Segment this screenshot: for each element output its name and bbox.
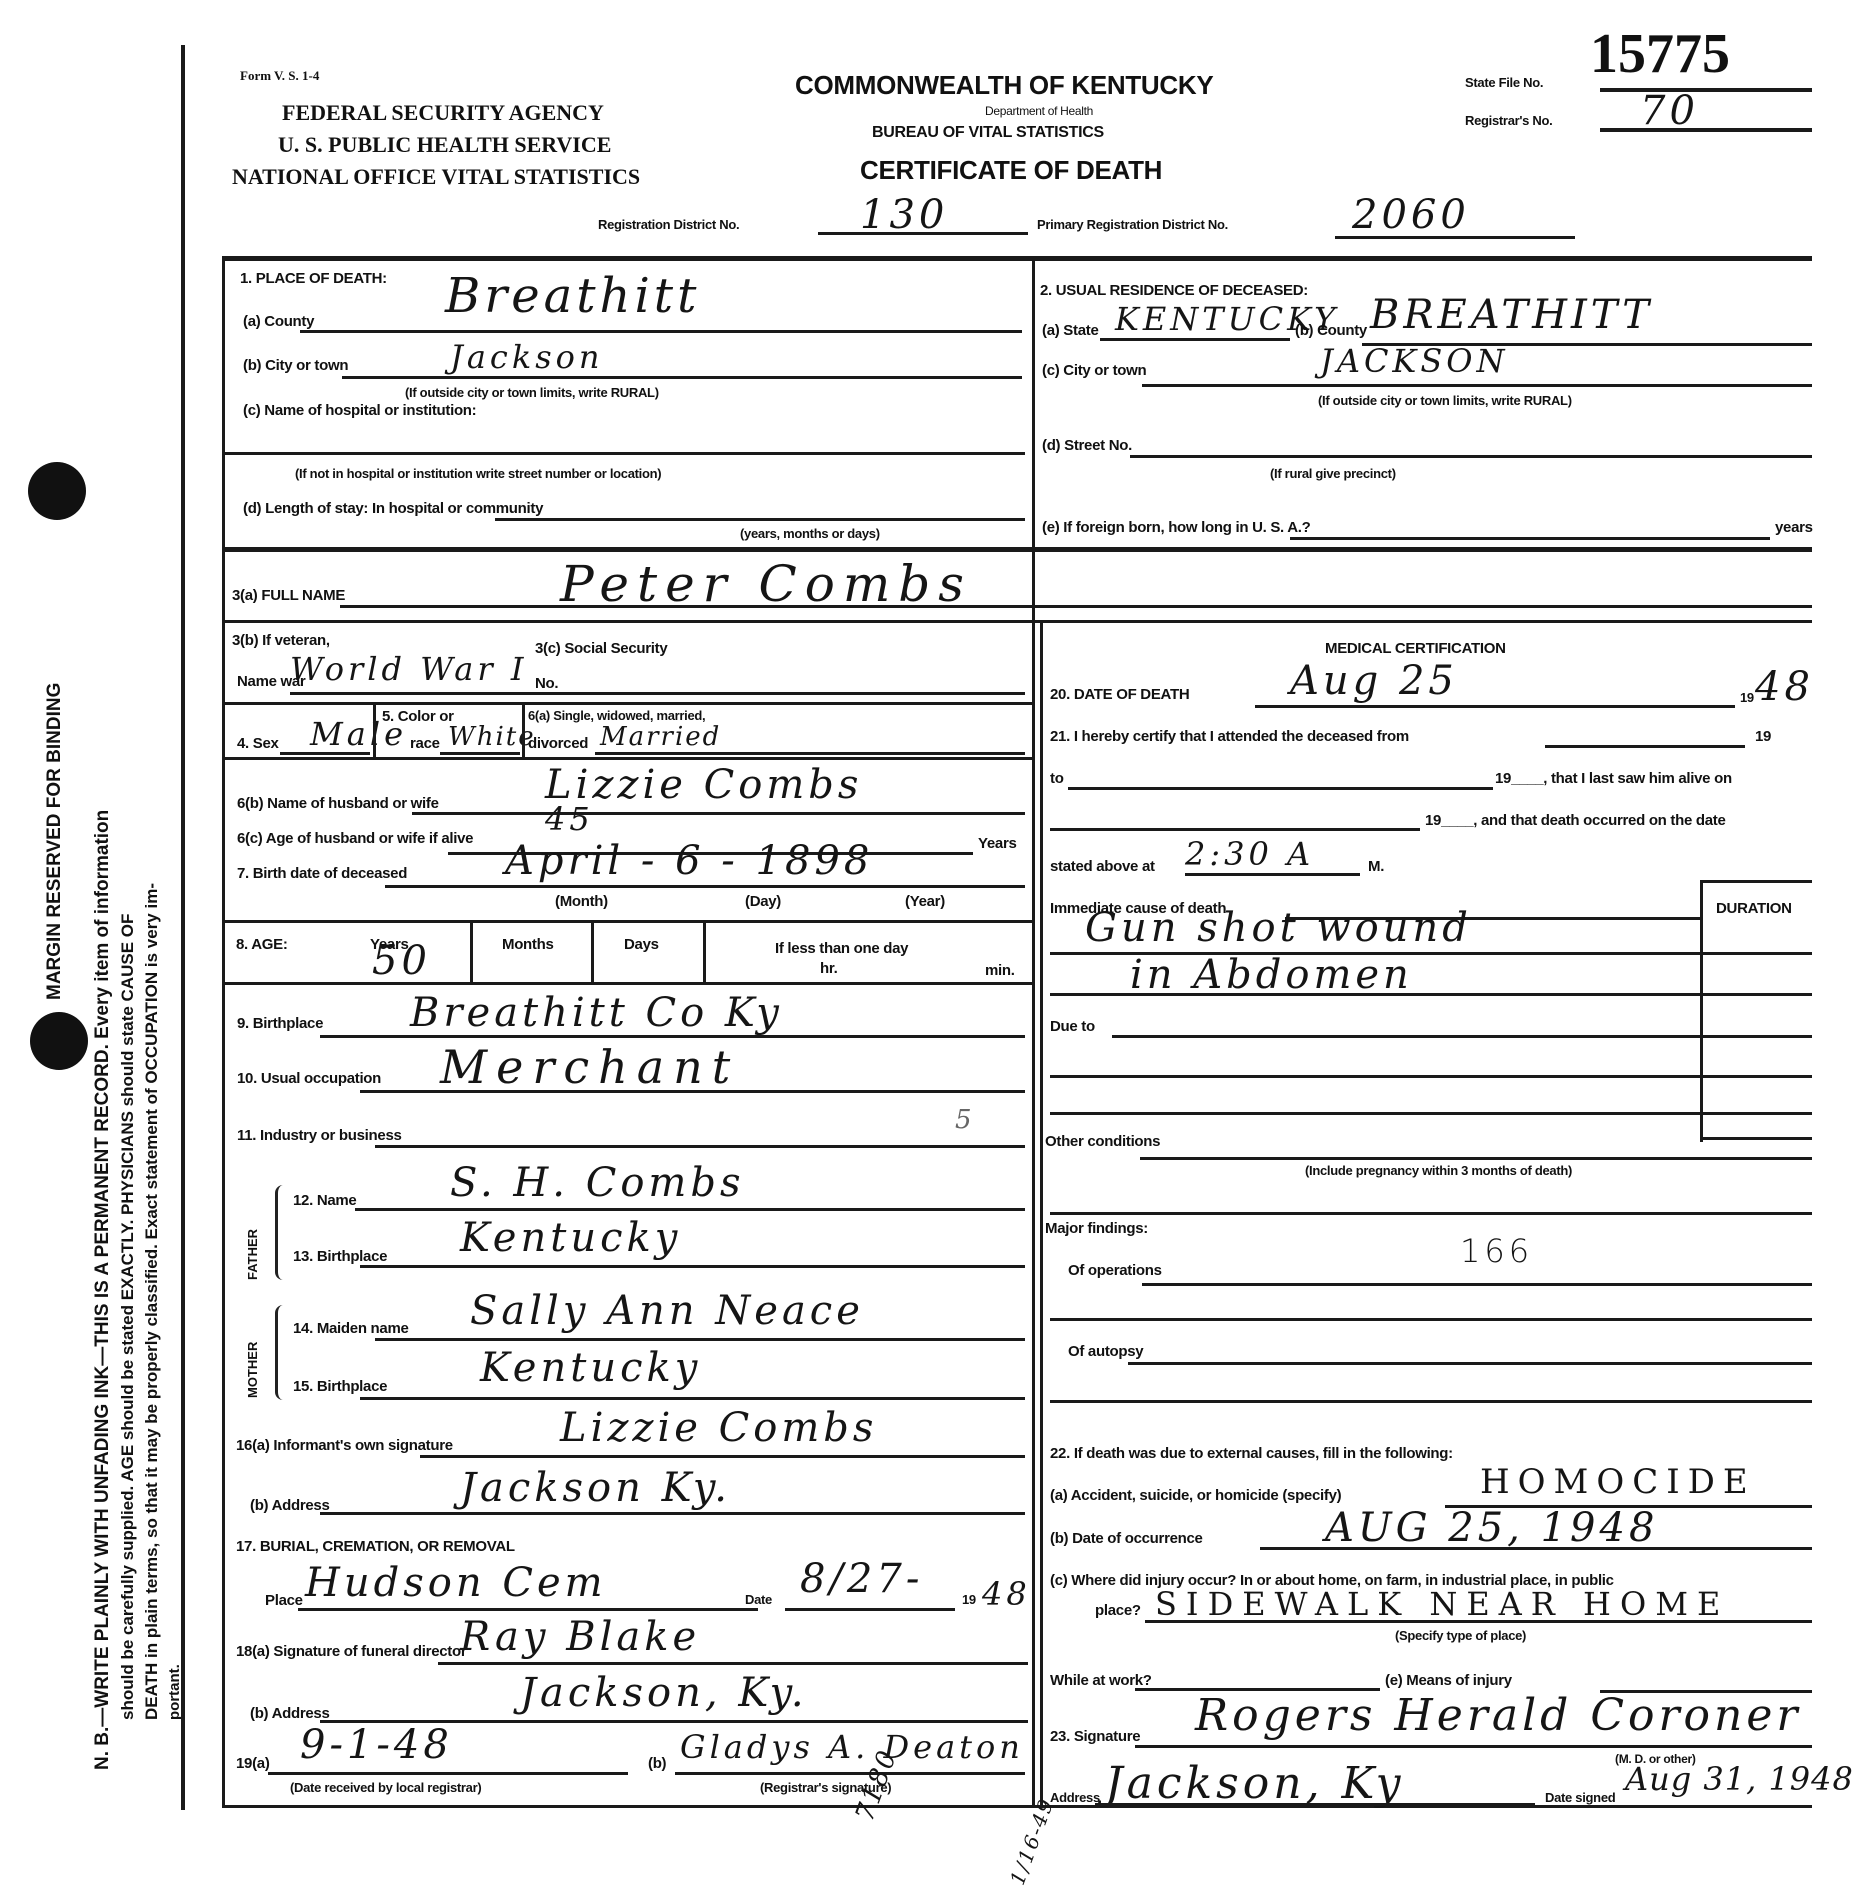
certificate-title: CERTIFICATE OF DEATH <box>860 155 1162 186</box>
father-tag: FATHER <box>245 1229 260 1280</box>
industry-label: 11. Industry or business <box>237 1127 402 1144</box>
ss-line <box>560 692 1025 695</box>
certifier-date-line <box>1625 1805 1812 1808</box>
director-line <box>438 1662 1028 1665</box>
industry-mark: 5 <box>955 1105 974 1135</box>
age-years-divider <box>470 920 473 982</box>
column-divider <box>1032 260 1035 1805</box>
birth-date-value: April - 6 - 1898 <box>505 838 873 884</box>
form-bottom-rule <box>222 1805 1812 1808</box>
director-address-value: Jackson, Ky. <box>520 1670 808 1716</box>
mother-birthplace-label: 15. Birthplace <box>293 1378 387 1395</box>
due-to-label: Due to <box>1050 1018 1095 1035</box>
residence-city-value: JACKSON <box>1320 342 1508 380</box>
city-hint: (If outside city or town limits, write R… <box>405 385 659 400</box>
residence-county-label: (b) County <box>1295 322 1367 339</box>
ss-label: 3(c) Social Security <box>535 640 667 657</box>
registrar-line <box>1600 128 1812 132</box>
operations-line-2 <box>1050 1318 1812 1321</box>
spouse-age-unit: Years <box>978 835 1017 852</box>
bottom-annotation-2: 1/16-49 <box>1005 1794 1059 1888</box>
birth-date-label: 7. Birth date of deceased <box>237 865 407 882</box>
certifier-signature-value: Rogers Herald Coroner <box>1195 1690 1801 1741</box>
certify-to-label: to <box>1050 770 1064 787</box>
marital-label-2: divorced <box>528 735 588 752</box>
burial-label: 17. BURIAL, CREMATION, OR REMOVAL <box>236 1538 515 1555</box>
marital-label-1: 6(a) Single, widowed, married, <box>528 708 705 723</box>
primary-district-number: 2060 <box>1352 192 1470 238</box>
residence-city-hint: (If outside city or town limits, write R… <box>1318 393 1572 408</box>
director-value: Ray Blake <box>460 1614 700 1660</box>
hospital-line <box>225 452 1025 455</box>
occurrence-date-line <box>1260 1547 1812 1550</box>
occurrence-date-value: AUG 25, 1948 <box>1325 1505 1658 1551</box>
birthplace-label: 9. Birthplace <box>237 1015 323 1032</box>
external-label: 22. If death was due to external causes,… <box>1050 1445 1453 1462</box>
city-value: Jackson <box>450 338 604 376</box>
birth-date-line <box>385 885 1025 888</box>
registrar-signature-label: (b) <box>648 1755 666 1772</box>
father-birthplace-value: Kentucky <box>460 1215 681 1261</box>
city-line <box>342 376 1022 379</box>
race-divider <box>522 702 525 757</box>
other-conditions-label: Other conditions <box>1045 1133 1160 1150</box>
industry-line <box>375 1145 1025 1148</box>
operations-line <box>1142 1283 1812 1286</box>
other-conditions-line <box>1140 1157 1812 1160</box>
registrar-signature-line <box>675 1772 1025 1775</box>
race-label-2: race <box>410 735 440 752</box>
occurrence-date-label: (b) Date of occurrence <box>1050 1530 1203 1547</box>
margin-nb-line2: should be carefully supplied. AGE should… <box>118 914 138 1720</box>
mother-name-value: Sally Ann Neace <box>470 1288 864 1334</box>
binding-hole-top <box>28 462 86 520</box>
foreign-label: (e) If foreign born, how long in U. S. A… <box>1042 519 1310 536</box>
duration-box-bottom <box>1700 1137 1812 1140</box>
form-left-border <box>181 45 185 1810</box>
row-8-bottom <box>222 982 1032 985</box>
immediate-cause-line-3 <box>1050 993 1812 996</box>
time-unit: M. <box>1368 858 1384 875</box>
registrar-received-hint: (Date received by local registrar) <box>290 1780 481 1795</box>
registrar-signature-value: Gladys A. Deaton <box>680 1728 1024 1766</box>
certifier-address-value: Jackson, Ky <box>1105 1758 1404 1809</box>
agency-line-1: FEDERAL SECURITY AGENCY <box>282 100 604 126</box>
autopsy-label: Of autopsy <box>1068 1343 1143 1360</box>
mother-birthplace-line <box>360 1397 1025 1400</box>
autopsy-line <box>1128 1362 1812 1365</box>
burial-place-value: Hudson Cem <box>305 1560 607 1606</box>
birth-day-hint: (Day) <box>745 893 781 910</box>
father-birthplace-line <box>360 1265 1025 1268</box>
other-conditions-line-2 <box>1050 1212 1812 1215</box>
foreign-unit: years <box>1775 519 1813 536</box>
age-months-label: Months <box>502 936 554 953</box>
informant-signature-label: 16(a) Informant's own signature <box>236 1437 453 1454</box>
certify-line-2: 19____, that I last saw him alive on <box>1495 770 1732 787</box>
where-line <box>1145 1620 1812 1623</box>
margin-nb-line1: N. B.—WRITE PLAINLY WITH UNFADING INK—TH… <box>92 810 114 1770</box>
burial-date-value: 8/27- <box>800 1556 923 1602</box>
father-birthplace-label: 13. Birthplace <box>293 1248 387 1265</box>
state-title: COMMONWEALTH OF KENTUCKY <box>795 70 1213 101</box>
hr-label: hr. <box>820 960 837 977</box>
informant-address-label: (b) Address <box>250 1497 330 1514</box>
due-to-line-1 <box>1112 1035 1812 1038</box>
section-1-bottom <box>222 547 1812 552</box>
street-hint: (If rural give precinct) <box>1270 466 1396 481</box>
marital-line <box>595 752 1025 755</box>
father-name-line <box>355 1208 1025 1211</box>
date-of-death-value: Aug 25 <box>1290 658 1458 704</box>
father-name-label: 12. Name <box>293 1192 356 1209</box>
full-name-bottom <box>222 620 1812 623</box>
informant-address-line <box>320 1512 1025 1515</box>
manner-value: HOMOCIDE <box>1480 1462 1756 1502</box>
age-days-label: Days <box>624 936 659 953</box>
mother-birthplace-value: Kentucky <box>480 1345 701 1391</box>
full-name-label: 3(a) FULL NAME <box>232 587 345 604</box>
other-conditions-hint: (Include pregnancy within 3 months of de… <box>1305 1163 1572 1178</box>
form-left-inner-border <box>222 260 225 1805</box>
burial-date-line <box>785 1608 955 1611</box>
residence-city-line <box>1142 384 1812 387</box>
county-line <box>300 330 1022 333</box>
certify-line-3: 19____, and that death occurred on the d… <box>1425 812 1726 829</box>
mother-bracket <box>275 1305 286 1400</box>
header-bottom-rule <box>222 256 1812 261</box>
duration-label: DURATION <box>1716 900 1792 917</box>
date-of-death-year-prefix: 19 <box>1740 690 1754 705</box>
due-to-line-3 <box>1050 1112 1812 1115</box>
duration-box-left <box>1700 880 1703 1142</box>
spouse-age-value: 45 <box>545 800 594 838</box>
bureau: BUREAU OF VITAL STATISTICS <box>872 124 1104 142</box>
primary-district-label: Primary Registration District No. <box>1037 217 1228 232</box>
less-than-day-label: If less than one day <box>775 940 908 957</box>
registrar-received-value: 9-1-48 <box>300 1722 453 1768</box>
birthplace-value: Breathitt Co Ky <box>410 990 783 1036</box>
stay-hint: (years, months or days) <box>740 526 880 541</box>
war-value: World War I <box>290 650 527 688</box>
spouse-age-label: 6(c) Age of husband or wife if alive <box>237 830 473 847</box>
agency-line-2: U. S. PUBLIC HEALTH SERVICE <box>278 132 611 158</box>
hospital-hint: (If not in hospital or institution write… <box>295 466 661 481</box>
residence-state-line <box>1100 338 1290 341</box>
birthplace-line <box>320 1035 1025 1038</box>
full-name-line <box>340 605 1812 608</box>
margin-nb-line3: DEATH in plain terms, so that it may be … <box>142 883 162 1720</box>
date-of-death-line <box>1255 705 1735 708</box>
operations-label: Of operations <box>1068 1262 1162 1279</box>
registrar-received-line <box>268 1772 628 1775</box>
stay-label: (d) Length of stay: In hospital or commu… <box>243 500 543 517</box>
immediate-cause-2: in Abdomen <box>1130 952 1413 998</box>
row-4-top <box>222 702 1032 705</box>
where-hint: (Specify type of place) <box>1395 1628 1526 1643</box>
informant-signature-value: Lizzie Combs <box>560 1405 877 1451</box>
burial-year-prefix: 19 <box>962 1592 976 1607</box>
street-line <box>1130 455 1812 458</box>
spouse-line <box>412 812 1025 815</box>
sex-label: 4. Sex <box>237 735 279 752</box>
major-findings-label: Major findings: <box>1045 1220 1148 1237</box>
burial-date-label: Date <box>745 1592 772 1607</box>
certify-from-line <box>1545 745 1745 748</box>
where-label-2: place? <box>1095 1602 1141 1619</box>
certify-last-seen-line <box>1050 828 1420 831</box>
primary-district-line <box>1335 236 1575 239</box>
informant-address-value: Jackson Ky. <box>460 1465 731 1511</box>
at-work-label: While at work? <box>1050 1672 1152 1689</box>
certify-19a: 19 <box>1755 728 1771 745</box>
director-label: 18(a) Signature of funeral director <box>236 1643 466 1660</box>
age-label: 8. AGE: <box>236 936 288 953</box>
operations-mark: 166 <box>1460 1232 1533 1270</box>
county-value: Breathitt <box>445 268 700 324</box>
due-to-line-2 <box>1050 1075 1812 1078</box>
burial-place-label: Place <box>265 1592 303 1609</box>
medical-title: MEDICAL CERTIFICATION <box>1325 640 1506 657</box>
immediate-cause-1: Gun shot wound <box>1085 905 1472 951</box>
residence-city-label: (c) City or town <box>1042 362 1146 379</box>
residence-state-label: (a) State <box>1042 322 1098 339</box>
marital-value: Married <box>600 722 721 752</box>
certifier-signature-line <box>1135 1745 1812 1748</box>
sex-line <box>280 752 370 755</box>
race-line <box>440 752 520 755</box>
ss-no-label: No. <box>535 675 558 692</box>
veteran-label: 3(b) If veteran, <box>232 632 330 649</box>
birth-month-hint: (Month) <box>555 893 608 910</box>
certifier-address-line <box>1095 1803 1535 1806</box>
father-name-value: S. H. Combs <box>450 1160 744 1206</box>
where-value: SIDEWALK NEAR HOME <box>1155 1585 1729 1623</box>
city-label: (b) City or town <box>243 357 348 374</box>
director-address-label: (b) Address <box>250 1705 330 1722</box>
certifier-date-value: Aug 31, 1948 <box>1625 1760 1854 1798</box>
residence-label: 2. USUAL RESIDENCE OF DECEASED: <box>1040 282 1308 299</box>
age-months-divider <box>591 920 594 982</box>
occupation-value: Merchant <box>440 1040 739 1094</box>
row-4-bottom <box>222 757 1032 760</box>
column-divider-2 <box>1040 620 1043 1805</box>
date-of-death-label: 20. DATE OF DEATH <box>1050 686 1189 703</box>
means-label: (e) Means of injury <box>1385 1672 1512 1689</box>
row-8-top <box>222 920 1032 923</box>
occupation-label: 10. Usual occupation <box>237 1070 381 1087</box>
residence-county-value: BREATHITT <box>1370 292 1653 338</box>
certify-line-1: 21. I hereby certify that I attended the… <box>1050 728 1409 745</box>
informant-signature-line <box>420 1455 1025 1458</box>
time-of-death: 2:30 A <box>1185 835 1314 873</box>
registrar-label: Registrar's No. <box>1465 113 1552 128</box>
registrar-received-label: 19(a) <box>236 1755 270 1772</box>
hospital-label: (c) Name of hospital or institution: <box>243 402 476 419</box>
reg-district-label: Registration District No. <box>598 217 739 232</box>
street-label: (d) Street No. <box>1042 437 1132 454</box>
age-days-divider <box>703 920 706 982</box>
sex-divider <box>373 702 376 757</box>
race-label-1: 5. Color or <box>382 708 454 725</box>
date-of-death-year: 48 <box>1755 664 1814 710</box>
mother-name-label: 14. Maiden name <box>293 1320 409 1337</box>
state-file-line <box>1600 88 1812 92</box>
autopsy-line-2 <box>1050 1400 1812 1403</box>
duration-box-top <box>1700 880 1812 883</box>
burial-place-line <box>298 1608 758 1611</box>
form-number: Form V. S. 1-4 <box>240 68 319 84</box>
stated-above-label: stated above at <box>1050 858 1155 875</box>
time-line <box>1185 873 1360 876</box>
agency-line-3: NATIONAL OFFICE VITAL STATISTICS <box>232 164 640 190</box>
father-bracket <box>275 1185 286 1280</box>
age-years-value: 50 <box>372 938 431 984</box>
place-of-death-label: 1. PLACE OF DEATH: <box>240 270 387 287</box>
binding-hole-bottom <box>30 1012 88 1070</box>
mother-tag: MOTHER <box>245 1342 260 1398</box>
certifier-signature-label: 23. Signature <box>1050 1728 1140 1745</box>
foreign-line <box>1290 537 1770 540</box>
birth-year-hint: (Year) <box>905 893 945 910</box>
spouse-label: 6(b) Name of husband or wife <box>237 795 439 812</box>
certifier-date-label: Date signed <box>1545 1790 1615 1805</box>
department: Department of Health <box>985 104 1093 118</box>
certify-to-line <box>1068 787 1493 790</box>
mother-name-line <box>375 1338 1025 1341</box>
occupation-line <box>360 1090 1025 1093</box>
margin-binding-note: MARGIN RESERVED FOR BINDING <box>44 683 66 1000</box>
manner-label: (a) Accident, suicide, or homicide (spec… <box>1050 1487 1341 1504</box>
stay-line <box>495 518 1025 521</box>
county-label: (a) County <box>243 313 314 330</box>
min-label: min. <box>985 962 1015 979</box>
burial-year-value: 48 <box>982 1575 1031 1613</box>
state-file-number: 15775 <box>1590 22 1730 86</box>
reg-district-line <box>818 232 1028 235</box>
state-file-label: State File No. <box>1465 75 1543 90</box>
